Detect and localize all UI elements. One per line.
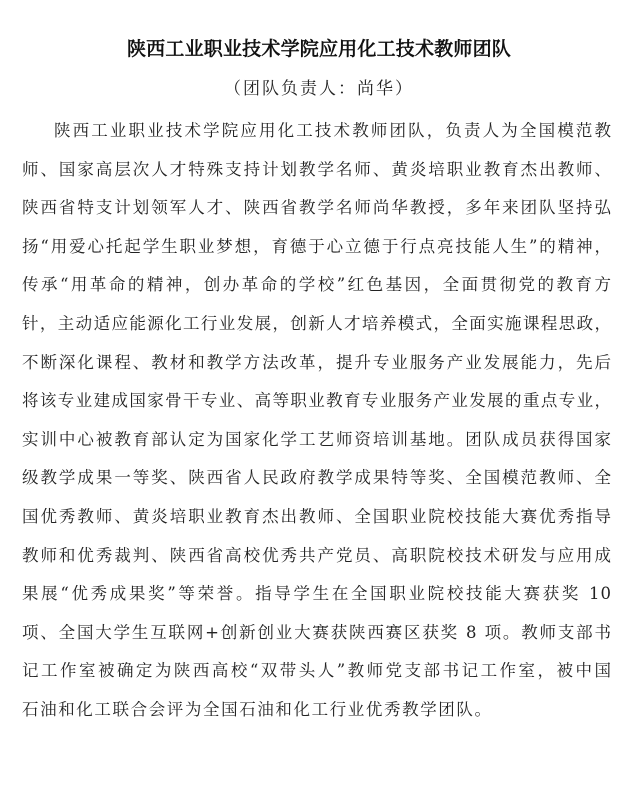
paragraph-line: 果展“优秀成果奖”等荣誉。指导学生在全国职业院校技能大赛获奖 10: [22, 579, 612, 618]
paragraph-line: 将该专业建成国家骨干专业、高等职业教育专业服务产业发展的重点专业，: [22, 386, 612, 425]
paragraph-line: 陕西省特支计划领军人才、陕西省教学名师尚华教授，多年来团队坚持弘: [22, 193, 612, 232]
paragraph-line: 传承“用革命的精神，创办革命的学校”红色基因，全面贯彻党的教育方: [22, 270, 612, 309]
team-leader-subtitle: （团队负责人：尚华）: [0, 74, 638, 99]
paragraph-line: 项、全国大学生互联网+创新创业大赛获陕西赛区获奖 8 项。教师支部书: [22, 618, 612, 657]
paragraph-line: 陕西工业职业技术学院应用化工技术教师团队，负责人为全国模范教: [22, 116, 612, 155]
paragraph-line: 扬“用爱心托起学生职业梦想，育德于心立德于行点亮技能人生”的精神，: [22, 232, 612, 271]
paragraph-line: 师、国家高层次人才特殊支持计划教学名师、黄炎培职业教育杰出教师、: [22, 155, 612, 194]
paragraph-line: 不断深化课程、教材和教学方法改革，提升专业服务产业发展能力，先后: [22, 348, 612, 387]
paragraph-line: 记工作室被确定为陕西高校“双带头人”教师党支部书记工作室，被中国: [22, 656, 612, 695]
paragraph-line: 针，主动适应能源化工行业发展，创新人才培养模式，全面实施课程思政，: [22, 309, 612, 348]
paragraph-line: 实训中心被教育部认定为国家化学工艺师资培训基地。团队成员获得国家: [22, 425, 612, 464]
paragraph-line: 级教学成果一等奖、陕西省人民政府教学成果特等奖、全国模范教师、全: [22, 463, 612, 502]
paragraph-line: 教师和优秀裁判、陕西省高校优秀共产党员、高职院校技术研发与应用成: [22, 541, 612, 580]
paragraph-line: 石油和化工联合会评为全国石油和化工行业优秀教学团队。: [22, 695, 612, 734]
body-paragraph: 陕西工业职业技术学院应用化工技术教师团队，负责人为全国模范教 师、国家高层次人才…: [22, 116, 612, 734]
page-title: 陕西工业职业技术学院应用化工技术教师团队: [0, 34, 638, 61]
paragraph-line: 国优秀教师、黄炎培职业教育杰出教师、全国职业院校技能大赛优秀指导: [22, 502, 612, 541]
